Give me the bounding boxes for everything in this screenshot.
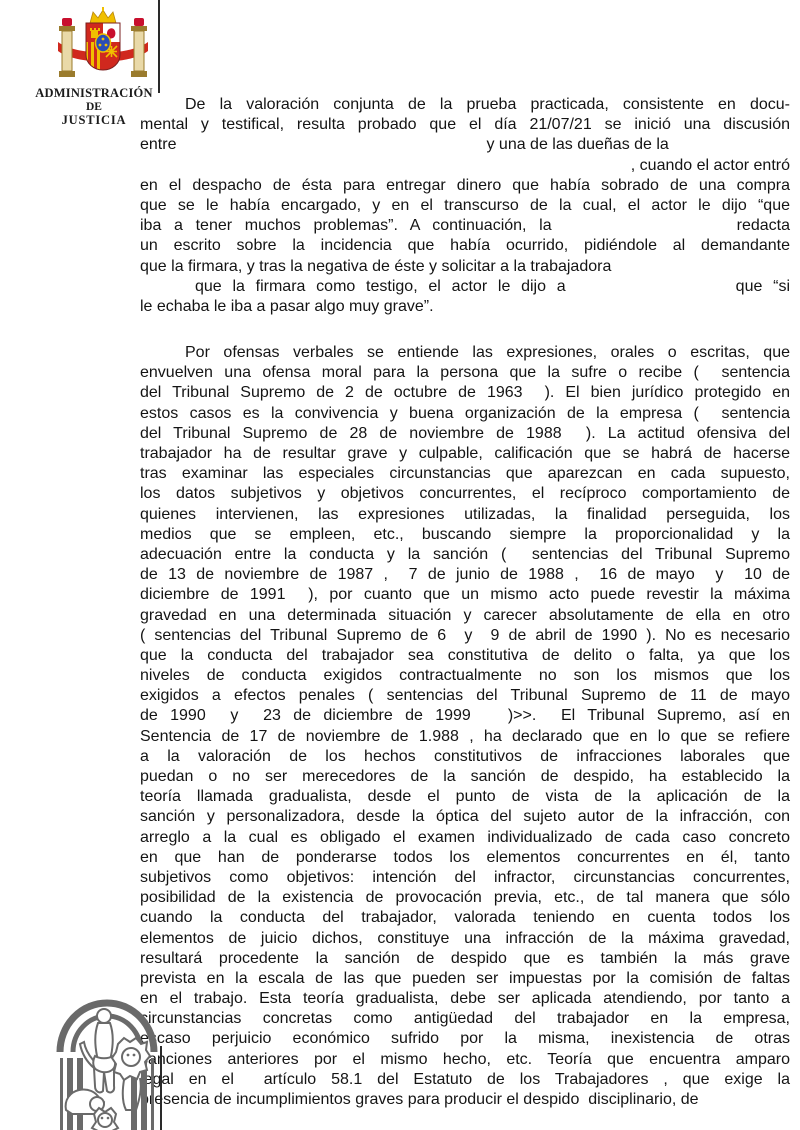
text-line: que la firmara como testigo, el actor le…	[140, 277, 790, 297]
text-line: en que han de ponderarse todos los eleme…	[140, 848, 790, 868]
text-line: sanciones anteriores por el mismo hecho,…	[140, 1050, 790, 1070]
text-line: gravedad en una determinada situación y …	[140, 606, 790, 626]
text-line: envuelven una ofensa moral para la perso…	[140, 363, 790, 383]
text-line: trabajador ha de resultar grave y culpab…	[140, 444, 790, 464]
text-line: quienes intervienen, las expresiones uti…	[140, 505, 790, 525]
text-line: arreglo a la cual es obligado el examen …	[140, 828, 790, 848]
text-line: prevista en la escala de las que pueden …	[140, 969, 790, 989]
text-line: mental y testifical, resulta probado que…	[140, 115, 790, 135]
text-line: que la conducta del trabajador sea const…	[140, 646, 790, 666]
text-line: resultará procedente la sanción de despi…	[140, 949, 790, 969]
text-line: medios que se empleen, etc., buscando si…	[140, 525, 790, 545]
text-line: posibilidad de la existencia de provocac…	[140, 888, 790, 908]
spain-coat-of-arms-icon	[56, 6, 150, 86]
text-line: Por ofensas verbales se entiende las exp…	[140, 343, 790, 363]
text-line: en el despacho de ésta para entregar din…	[140, 176, 790, 196]
shield	[86, 23, 120, 72]
text-line: adecuación entre la conducta y la sanció…	[140, 545, 790, 565]
redaction-gap	[552, 229, 737, 230]
footer-divider-line	[160, 1046, 162, 1130]
paragraph: De la valoración conjunta de la prueba p…	[140, 95, 790, 317]
text-line: circunstancias concretas como antigüedad…	[140, 1009, 790, 1029]
text-line: estos casos es la convivencia y buena or…	[140, 404, 790, 424]
text-line: del Tribunal Supremo de 2 de octubre de …	[140, 383, 790, 403]
text-line: en el trabajo. Esta teoría gradualista, …	[140, 989, 790, 1009]
text-line: cuando la conducta del trabajador, valor…	[140, 908, 790, 928]
text-line: le echaba le iba a pasar algo muy grave”…	[140, 297, 790, 317]
redaction-gap	[176, 148, 486, 149]
text-line: elementos de juicio dichos, constituye u…	[140, 929, 790, 949]
text-line: de 13 de noviembre de 1987 , 7 de junio …	[140, 565, 790, 585]
text-line: que se le había encargado, y en el trans…	[140, 196, 790, 216]
center-lion	[92, 1108, 118, 1130]
text-line: del Tribunal Supremo de 28 de noviembre …	[140, 424, 790, 444]
text-line: iba a tener muchos problemas”. A continu…	[140, 216, 790, 236]
text-line: teoría llamada gradualista, desde el pun…	[140, 787, 790, 807]
text-line: escaso perjuicio económico sufrido por l…	[140, 1029, 790, 1049]
text-line: sanción y personalizadora, desde la ópti…	[140, 807, 790, 827]
document-body: De la valoración conjunta de la prueba p…	[140, 95, 790, 1110]
junta-de-andalucia-emblem-icon	[52, 986, 162, 1130]
text-line: puedan o no ser merecedores de la sanció…	[140, 767, 790, 787]
text-line: a la valoración de los hechos constituti…	[140, 747, 790, 767]
text-line: De la valoración conjunta de la prueba p…	[140, 95, 790, 115]
text-line: entrey una de las dueñas de la	[140, 135, 790, 155]
redaction-gap	[566, 290, 736, 291]
royal-crown	[90, 7, 116, 23]
text-line: Sentencia de 17 de noviembre de 1.988 , …	[140, 727, 790, 747]
text-line: que la firmara, y tras la negativa de és…	[140, 257, 790, 277]
text-line: ( sentencias del Tribunal Supremo de 6 y…	[140, 626, 790, 646]
text-line: diciembre de 1991 ), por cuanto que un m…	[140, 585, 790, 605]
paragraph: Por ofensas verbales se entiende las exp…	[140, 343, 790, 1110]
text-line: de 1990 y 23 de diciembre de 1999 )>>. E…	[140, 706, 790, 726]
text-line: un escrito sobre la incidencia que había…	[140, 236, 790, 256]
text-line: subjetivos como objetivos: intención del…	[140, 868, 790, 888]
text-line: presencia de incumplimientos graves para…	[140, 1090, 790, 1110]
judgment-page: ADMINISTRACIÓN DE JUSTICIA De la valorac…	[0, 0, 800, 1130]
text-line: niveles de conducta exigidos contractual…	[140, 666, 790, 686]
text-line: los datos subjetivos y objetivos concurr…	[140, 484, 790, 504]
text-line: , cuando el actor entró	[140, 156, 790, 176]
text-line: tras examinar las especiales circunstanc…	[140, 464, 790, 484]
header-divider-line	[158, 0, 160, 93]
text-line: legal en el artículo 58.1 del Estatuto d…	[140, 1070, 790, 1090]
text-line: exigidos a efectos penales ( sentencias …	[140, 686, 790, 706]
